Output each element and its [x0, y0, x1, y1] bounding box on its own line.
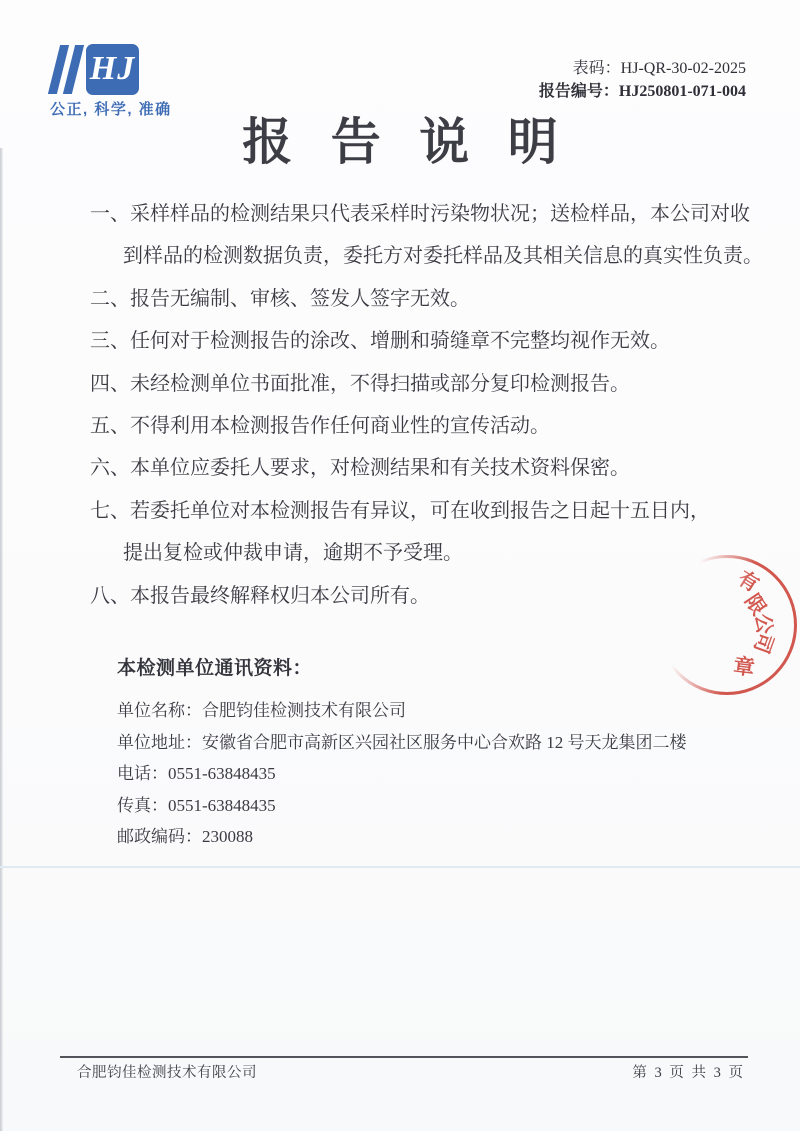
contact-row: 单位名称：合肥钧佳检测技术有限公司 [117, 695, 737, 727]
footer-page-number: 第 3 页 共 3 页 [632, 1061, 745, 1082]
contact-label: 传真： [117, 796, 168, 815]
notice-text: 不得利用本检测报告作任何商业性的宣传活动。 [130, 415, 550, 437]
notice-text: 报告无编制、审核、签发人签字无效。 [130, 288, 470, 310]
seal-bottom-char: 章 [732, 656, 755, 678]
notice-text: 本单位应委托人要求，对检测结果和有关技术资料保密。 [130, 457, 630, 479]
notice-number: 三、 [90, 330, 130, 352]
notice-number: 五、 [90, 415, 130, 437]
footer-divider [60, 1056, 748, 1058]
contact-label: 邮政编码： [117, 827, 202, 846]
notice-line: 五、不得利用本检测报告作任何商业性的宣传活动。 [90, 405, 755, 447]
document-codes: 表码：HJ-QR-30-02-2025 报告编号：HJ250801-071-00… [539, 57, 746, 103]
contact-row: 单位地址：安徽省合肥市高新区兴园社区服务中心合欢路 12 号天龙集团二楼 [117, 727, 737, 759]
contact-row: 电话：0551-63848435 [117, 758, 737, 790]
notice-text: 若委托单位对本检测报告有异议，可在收到报告之日起十五日内， [130, 500, 710, 522]
notice-text: 采样样品的检测结果只代表采样时污染物状况；送检样品，本公司对收 [130, 203, 750, 225]
form-code-label: 表码： [573, 60, 621, 77]
contact-value: 安徽省合肥市高新区兴园社区服务中心合欢路 12 号天龙集团二楼 [202, 733, 687, 752]
notice-text: 本报告最终解释权归本公司所有。 [130, 585, 430, 607]
form-code-line: 表码：HJ-QR-30-02-2025 [539, 57, 746, 80]
notice-line: 一、采样样品的检测结果只代表采样时污染物状况；送检样品，本公司对收 [90, 193, 755, 235]
notice-text: 未经检测单位书面批准，不得扫描或部分复印检测报告。 [130, 373, 630, 395]
notice-number: 二、 [90, 288, 130, 310]
report-number-value: HJ250801-071-004 [619, 83, 746, 100]
company-seal-stamp: 有 限 公 司 章 [647, 545, 800, 705]
notice-number: 七、 [90, 500, 130, 522]
report-number-label: 报告编号： [539, 83, 619, 100]
contact-value: 合肥钧佳检测技术有限公司 [202, 701, 406, 720]
notice-text: 提出复检或仲裁申请，逾期不予受理。 [123, 542, 463, 564]
notice-line: 二、报告无编制、审核、签发人签字无效。 [90, 278, 755, 320]
page-edge-shadow [0, 148, 3, 1131]
scanned-report-page: { "colors": { "brand_blue": "#3d6cb4", "… [0, 0, 800, 1131]
notice-text: 到样品的检测数据负责，委托方对委托样品及其相关信息的真实性负责。 [123, 245, 763, 267]
page-title: 报 告 说 明 [0, 102, 800, 174]
report-number-line: 报告编号：HJ250801-071-004 [539, 80, 746, 103]
notice-text: 任何对于检测报告的涂改、增删和骑缝章不完整均视作无效。 [130, 330, 670, 352]
footer-company-name: 合肥钧佳检测技术有限公司 [77, 1061, 257, 1082]
contact-row: 邮政编码：230088 [117, 821, 737, 853]
notice-line: 四、未经检测单位书面批准，不得扫描或部分复印检测报告。 [90, 363, 755, 405]
scan-artifact-line [0, 866, 800, 868]
contact-value: 230088 [202, 827, 253, 846]
contact-row: 传真：0551-63848435 [117, 790, 737, 822]
form-code-value: HJ-QR-30-02-2025 [621, 60, 746, 77]
contact-section: 本检测单位通讯资料： 单位名称：合肥钧佳检测技术有限公司 单位地址：安徽省合肥市… [117, 653, 737, 853]
contact-label: 单位地址： [117, 733, 202, 752]
notice-line: 三、任何对于检测报告的涂改、增删和骑缝章不完整均视作无效。 [90, 320, 755, 362]
notice-line: 七、若委托单位对本检测报告有异议，可在收到报告之日起十五日内， [90, 490, 755, 532]
contact-label: 单位名称： [117, 701, 202, 720]
contact-value: 0551-63848435 [168, 796, 276, 815]
notice-number: 四、 [90, 373, 130, 395]
notice-number: 八、 [90, 585, 130, 607]
contact-value: 0551-63848435 [168, 764, 276, 783]
contact-heading: 本检测单位通讯资料： [117, 653, 737, 680]
notice-number: 一、 [90, 203, 130, 225]
logo-monogram: HJ [86, 44, 139, 95]
notice-number: 六、 [90, 457, 130, 479]
notice-line: 到样品的检测数据负责，委托方对委托样品及其相关信息的真实性负责。 [90, 235, 755, 277]
notice-line: 六、本单位应委托人要求，对检测结果和有关技术资料保密。 [90, 447, 755, 489]
seal-ring-icon [657, 555, 797, 695]
contact-label: 电话： [117, 764, 168, 783]
